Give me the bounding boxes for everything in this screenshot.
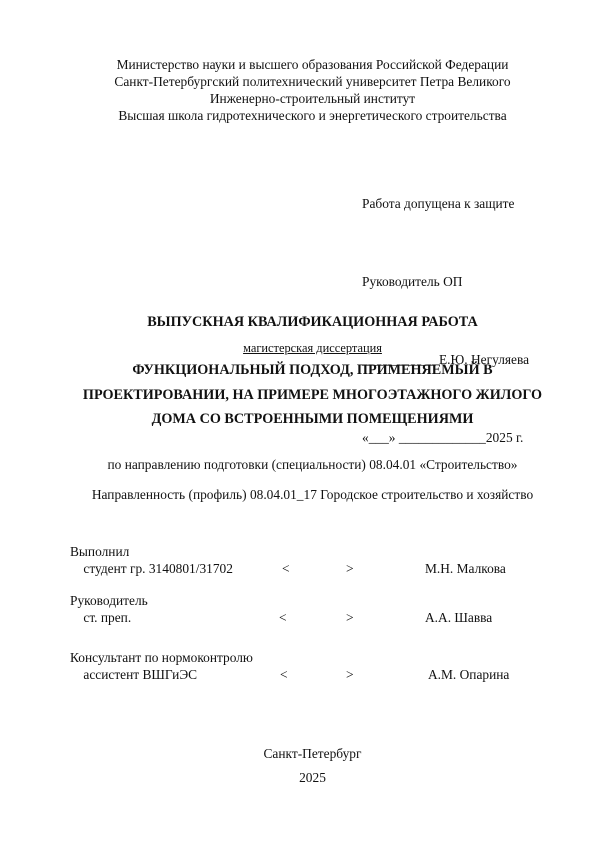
approval-status: Работа допущена к защите xyxy=(362,191,529,217)
signature-close-bracket: > xyxy=(346,560,354,577)
signature-position: ст. преп. xyxy=(83,609,131,626)
topic-line: ФУНКЦИОНАЛЬНЫЙ ПОДХОД, ПРИМЕНЯЕМЫЙ В xyxy=(0,358,595,383)
signature-role: Руководитель xyxy=(70,592,148,609)
profile-line: Направленность (профиль) 08.04.01_17 Гор… xyxy=(0,480,595,510)
signature-student: Выполнил студент гр. 3140801/31702 < > М… xyxy=(70,543,83,577)
topic-line: ДОМА СО ВСТРОЕННЫМИ ПОМЕЩЕНИЯМИ xyxy=(0,407,595,432)
school-line: Высшая школа гидротехнического и энергет… xyxy=(0,107,595,124)
signature-supervisor: Руководитель ст. преп. < > А.А. Шавва xyxy=(70,592,83,626)
study-direction: по направлению подготовки (специальности… xyxy=(0,450,595,510)
signature-close-bracket: > xyxy=(346,609,354,626)
signature-close-bracket: > xyxy=(346,666,354,683)
signature-position: ассистент ВШГиЭС xyxy=(83,666,197,683)
signature-role: Консультант по нормоконтролю xyxy=(70,649,253,666)
signature-open-bracket: < xyxy=(279,609,287,626)
signature-role: Выполнил xyxy=(70,543,129,560)
institute-line: Инженерно-строительный институт xyxy=(0,90,595,107)
signature-name: М.Н. Малкова xyxy=(425,560,506,577)
signature-position: студент гр. 3140801/31702 xyxy=(83,560,233,577)
approval-role: Руководитель ОП xyxy=(362,269,529,295)
direction-line: по направлению подготовки (специальности… xyxy=(0,450,595,480)
ministry-line: Министерство науки и высшего образования… xyxy=(0,56,595,73)
university-line: Санкт-Петербургский политехнический унив… xyxy=(0,73,595,90)
footer: Санкт-Петербург 2025 xyxy=(0,742,595,790)
signature-open-bracket: < xyxy=(282,560,290,577)
institution-header: Министерство науки и высшего образования… xyxy=(0,56,595,124)
document-title: ВЫПУСКНАЯ КВАЛИФИКАЦИОННАЯ РАБОТА xyxy=(0,313,595,331)
topic-line: ПРОЕКТИРОВАНИИ, НА ПРИМЕРЕ МНОГОЭТАЖНОГО… xyxy=(0,383,595,408)
thesis-topic: ФУНКЦИОНАЛЬНЫЙ ПОДХОД, ПРИМЕНЯЕМЫЙ В ПРО… xyxy=(0,358,595,432)
signature-open-bracket: < xyxy=(280,666,288,683)
year: 2025 xyxy=(0,766,595,790)
signature-name: А.М. Опарина xyxy=(428,666,509,683)
signature-consultant: Консультант по нормоконтролю ассистент В… xyxy=(70,649,83,683)
document-type: магистерская диссертация xyxy=(0,340,595,356)
city: Санкт-Петербург xyxy=(0,742,595,766)
signature-name: А.А. Шавва xyxy=(425,609,492,626)
